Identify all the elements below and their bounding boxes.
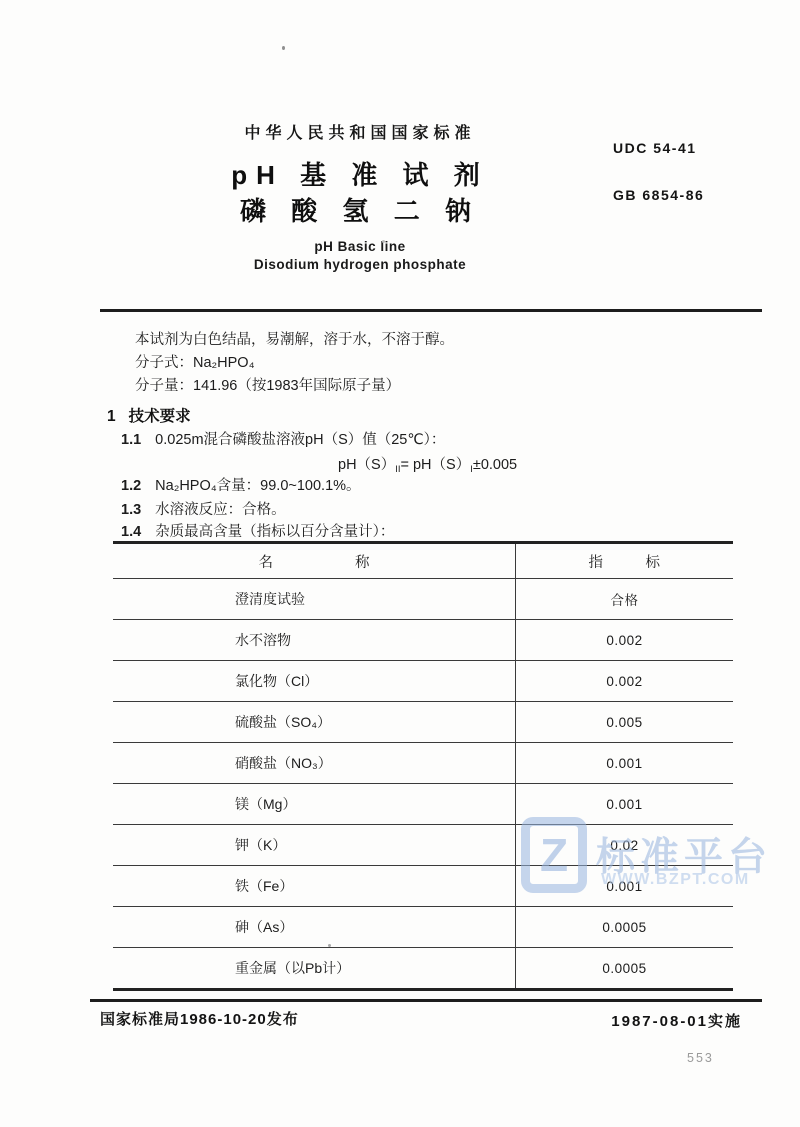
equation-part: pH（S）	[338, 457, 395, 473]
header-char: 称	[355, 551, 370, 572]
mw-label: 分子量：	[135, 378, 193, 394]
formula-label: 分子式：	[135, 355, 193, 371]
row-value-cell: 0.001	[516, 866, 733, 906]
row-name-cell: 镁（Mg）	[113, 784, 516, 824]
row-value-cell: 合格	[516, 579, 733, 619]
equation-part: ±0.005	[473, 457, 517, 473]
row-name-cell: 澄清度试验	[113, 579, 516, 619]
row-value-cell: 0.0005	[516, 907, 733, 947]
standard-label: 中华人民共和国国家标准	[100, 120, 620, 143]
table-row: 重金属（以Pb计） 0.0005	[113, 948, 733, 988]
implemented-date-text: 1987-08-01实施	[611, 1010, 742, 1031]
table-row: 镁（Mg） 0.001	[113, 784, 733, 825]
clause-number: 1.3	[121, 502, 141, 518]
table-row: 氯化物（Cl） 0.002	[113, 661, 733, 702]
clause-text: 0.025m混合磷酸盐溶液pH（S）值（25℃）：	[155, 432, 445, 448]
header-divider-rule	[100, 309, 762, 312]
title-chinese-line1: pH 基 准 试 剂	[100, 155, 620, 192]
header-char: 名	[259, 551, 274, 572]
scan-speck	[328, 944, 331, 947]
row-value-cell: 0.002	[516, 661, 733, 701]
table-header-row: 名称 指标	[113, 544, 733, 579]
footer-divider-rule	[90, 999, 762, 1002]
row-name-cell: 水不溶物	[113, 620, 516, 660]
impurity-limits-table: 名称 指标 澄清度试验 合格 水不溶物 0.002 氯化物（Cl） 0.002 …	[113, 541, 733, 991]
clause-1-2: 1.2Na₂HPO₄含量：99.0~100.1%。	[121, 476, 361, 496]
row-value-cell: 0.005	[516, 702, 733, 742]
row-name-cell: 重金属（以Pb计）	[113, 948, 516, 988]
row-value-cell: 0.001	[516, 743, 733, 783]
table-row: 硝酸盐（NO₃） 0.001	[113, 743, 733, 784]
table-row: 硫酸盐（SO₄） 0.005	[113, 702, 733, 743]
row-name-cell: 氯化物（Cl）	[113, 661, 516, 701]
clause-text: 杂质最高含量（指标以百分含量计）：	[155, 524, 394, 540]
row-name-cell: 铁（Fe）	[113, 866, 516, 906]
section-number: 1	[107, 408, 116, 425]
section-1-heading: 1技术要求	[107, 404, 191, 426]
row-value-cell: 0.002	[516, 620, 733, 660]
table-row: 澄清度试验 合格	[113, 579, 733, 620]
formula-value: Na₂HPO₄	[193, 355, 255, 371]
clause-text: Na₂HPO₄含量：99.0~100.1%。	[155, 478, 360, 494]
mw-value: 141.96（按1983年国际原子量）	[193, 378, 400, 394]
row-value-cell: 0.0005	[516, 948, 733, 988]
title-english-line1: pH Basic line	[100, 239, 620, 254]
clause-1-4: 1.4杂质最高含量（指标以百分含量计）：	[121, 522, 394, 542]
reagent-description: 本试剂为白色结晶，易潮解，溶于水，不溶于醇。	[135, 330, 454, 350]
page-number: 553	[687, 1051, 714, 1065]
row-name-cell: 砷（As）	[113, 907, 516, 947]
header-char: 指	[589, 551, 604, 572]
title-chinese-line2: 磷 酸 氢 二 钠	[100, 191, 620, 228]
document-page: 中华人民共和国国家标准 pH 基 准 试 剂 磷 酸 氢 二 钠 pH Basi…	[0, 0, 800, 1127]
clause-1-3: 1.3水溶液反应：合格。	[121, 500, 286, 520]
row-name-cell: 硝酸盐（NO₃）	[113, 743, 516, 783]
clause-1-1: 1.10.025m混合磷酸盐溶液pH（S）值（25℃）：	[121, 430, 445, 450]
equation-part: = pH（S）	[401, 457, 471, 473]
clause-text: 水溶液反应：合格。	[155, 502, 286, 518]
table-row: 水不溶物 0.002	[113, 620, 733, 661]
molecular-weight-line: 分子量：141.96（按1983年国际原子量）	[135, 376, 400, 396]
header-char: 标	[646, 551, 661, 572]
molecular-formula-line: 分子式：Na₂HPO₄	[135, 353, 255, 373]
ph-equation: pH（S）II= pH（S）I±0.005	[338, 453, 517, 475]
gb-standard-number: GB 6854-86	[613, 187, 704, 203]
clause-number: 1.2	[121, 478, 141, 494]
issued-date-text: 国家标准局1986-10-20发布	[100, 1008, 299, 1029]
title-english-line2: Disodium hydrogen phosphate	[100, 257, 620, 272]
table-row: 钾（K） 0.02	[113, 825, 733, 866]
limit-column-header: 指标	[516, 544, 733, 578]
scan-speck	[382, 240, 385, 243]
clause-number: 1.4	[121, 524, 141, 540]
row-value-cell: 0.001	[516, 784, 733, 824]
table-row: 砷（As） 0.0005	[113, 907, 733, 948]
clause-number: 1.1	[121, 432, 141, 448]
udc-code: UDC 54-41	[613, 140, 697, 156]
row-name-cell: 硫酸盐（SO₄）	[113, 702, 516, 742]
row-name-cell: 钾（K）	[113, 825, 516, 865]
section-title: 技术要求	[129, 408, 191, 425]
scan-speck	[282, 46, 285, 50]
row-value-cell: 0.02	[516, 825, 733, 865]
table-row: 铁（Fe） 0.001	[113, 866, 733, 907]
name-column-header: 名称	[113, 544, 516, 578]
